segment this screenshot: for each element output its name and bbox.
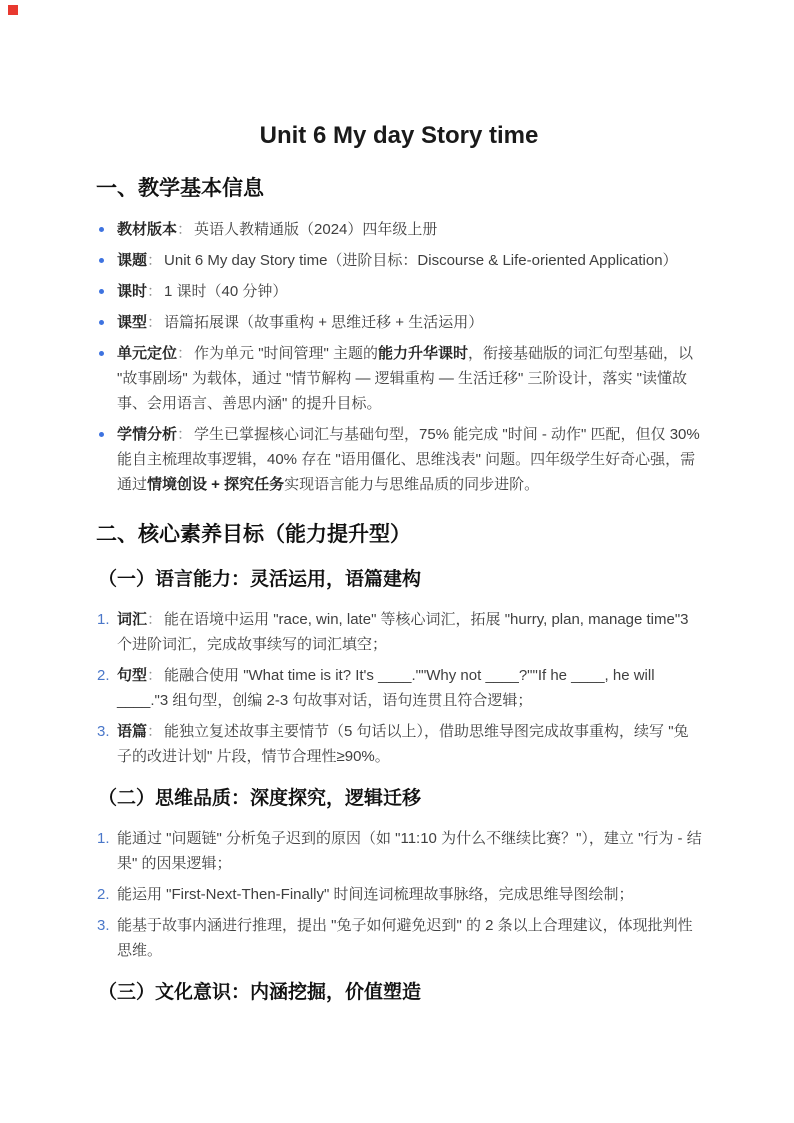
list-item: 2.能运用 "First-Next-Then-Finally" 时间连词梳理故事… — [96, 882, 702, 907]
item-colon: ： — [147, 314, 162, 331]
item-colon: ： — [177, 345, 192, 362]
list-item: 3.能基于故事内涵进行推理，提出 "兔子如何避免迟到" 的 2 条以上合理建议，… — [96, 913, 702, 963]
item-colon: ： — [147, 723, 162, 740]
item-label: 课题 — [117, 252, 147, 269]
item-text: 实现语言能力与思维品质的同步进阶。 — [284, 476, 539, 493]
item-colon: ： — [147, 611, 162, 628]
item-colon: ： — [177, 221, 192, 238]
item-text: 能在语境中运用 "race, win, late" 等核心词汇，拓展 "hurr… — [117, 611, 689, 653]
item-colon: ： — [147, 252, 162, 269]
item-text: 能独立复述故事主要情节（5 句话以上），借助思维导图完成故事重构，续写 "兔子的… — [117, 723, 689, 765]
item-colon: ： — [177, 426, 192, 443]
bullet-icon — [99, 320, 104, 325]
bullet-icon — [99, 227, 104, 232]
thinking-goal-list: 1.能通过 "问题链" 分析兔子迟到的原因（如 "11:10 为什么不继续比赛？… — [96, 826, 702, 963]
list-item: 课型：语篇拓展课（故事重构 + 思维迁移 + 生活运用） — [96, 310, 702, 335]
item-label: 句型 — [117, 667, 147, 684]
item-text: 1 课时（40 分钟） — [164, 283, 287, 300]
list-item: 3.语篇：能独立复述故事主要情节（5 句话以上），借助思维导图完成故事重构，续写… — [96, 719, 702, 769]
list-item: 教材版本：英语人教精通版（2024）四年级上册 — [96, 217, 702, 242]
item-colon: ： — [147, 667, 162, 684]
item-number: 2. — [97, 663, 110, 688]
document-page: Unit 6 My day Story time 一、教学基本信息 教材版本：英… — [0, 0, 794, 1123]
item-colon: ： — [147, 283, 162, 300]
item-text: 能运用 "First-Next-Then-Finally" 时间连词梳理故事脉络… — [117, 886, 634, 903]
page-title: Unit 6 My day Story time — [96, 121, 702, 151]
item-text: 能通过 "问题链" 分析兔子迟到的原因（如 "11:10 为什么不继续比赛？"）… — [117, 830, 702, 872]
item-label: 语篇 — [117, 723, 147, 740]
subsection-heading-language: （一）语言能力：灵活运用，语篇建构 — [96, 566, 702, 594]
list-item: 单元定位：作为单元 "时间管理" 主题的能力升华课时，衔接基础版的词汇句型基础，… — [96, 341, 702, 416]
item-text: 作为单元 "时间管理" 主题的 — [194, 345, 378, 362]
item-bold-text: 能力升华课时 — [378, 345, 468, 362]
item-number: 1. — [97, 826, 110, 851]
bullet-icon — [99, 258, 104, 263]
item-number: 2. — [97, 882, 110, 907]
item-label: 教材版本 — [117, 221, 177, 238]
list-item: 1.词汇：能在语境中运用 "race, win, late" 等核心词汇，拓展 … — [96, 607, 702, 657]
list-item: 课题：Unit 6 My day Story time（进阶目标：Discour… — [96, 248, 702, 273]
section-heading-core-goals: 二、核心素养目标（能力提升型） — [96, 520, 702, 550]
item-bold-text: 情境创设 + 探究任务 — [147, 476, 284, 493]
subsection-heading-culture: （三）文化意识：内涵挖掘，价值塑造 — [96, 979, 702, 1007]
language-goal-list: 1.词汇：能在语境中运用 "race, win, late" 等核心词汇，拓展 … — [96, 607, 702, 769]
item-number: 1. — [97, 607, 110, 632]
item-label: 课时 — [117, 283, 147, 300]
item-text: Unit 6 My day Story time（进阶目标：Discourse … — [164, 252, 678, 269]
subsection-heading-thinking: （二）思维品质：深度探究，逻辑迁移 — [96, 785, 702, 813]
list-item: 课时：1 课时（40 分钟） — [96, 279, 702, 304]
item-label: 课型 — [117, 314, 147, 331]
item-number: 3. — [97, 913, 110, 938]
bullet-icon — [99, 351, 104, 356]
list-item: 2.句型：能融合使用 "What time is it? It's ____."… — [96, 663, 702, 713]
list-item: 学情分析：学生已掌握核心词汇与基础句型，75% 能完成 "时间 - 动作" 匹配… — [96, 422, 702, 497]
bullet-icon — [99, 289, 104, 294]
item-label: 词汇 — [117, 611, 147, 628]
item-text: 英语人教精通版（2024）四年级上册 — [194, 221, 437, 238]
item-label: 单元定位 — [117, 345, 177, 362]
item-label: 学情分析 — [117, 426, 177, 443]
basic-info-list: 教材版本：英语人教精通版（2024）四年级上册 课题：Unit 6 My day… — [96, 217, 702, 497]
item-text: 能融合使用 "What time is it? It's ____.""Why … — [117, 667, 655, 709]
item-text: 语篇拓展课（故事重构 + 思维迁移 + 生活运用） — [164, 314, 483, 331]
section-heading-basic-info: 一、教学基本信息 — [96, 174, 702, 204]
bullet-icon — [99, 432, 104, 437]
item-text: 能基于故事内涵进行推理，提出 "兔子如何避免迟到" 的 2 条以上合理建议，体现… — [117, 917, 693, 959]
list-item: 1.能通过 "问题链" 分析兔子迟到的原因（如 "11:10 为什么不继续比赛？… — [96, 826, 702, 876]
item-number: 3. — [97, 719, 110, 744]
red-marker — [8, 5, 18, 15]
